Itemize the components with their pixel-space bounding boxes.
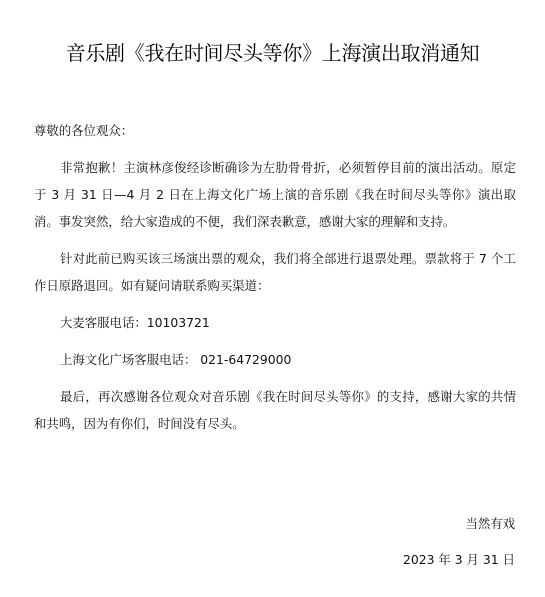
- salutation: 尊敬的各位观众：: [34, 117, 516, 144]
- contact-shanghai-culture-square-phone: 上海文化广场客服电话： 021-64729000: [60, 346, 516, 373]
- contact-damai-phone: 大麦客服电话：10103721: [60, 309, 516, 336]
- signature-date: 2023 年 3 月 31 日: [403, 550, 515, 570]
- signature: 当然有戏: [465, 514, 515, 534]
- paragraph-apology: 非常抱歉！主演林彦俊经诊断确诊为左肋骨骨折，必须暂停目前的演出活动。原定于 3 …: [34, 154, 516, 235]
- paragraph-closing: 最后，再次感谢各位观众对音乐剧《我在时间尽头等你》的支持，感谢大家的共情和共鸣，…: [34, 383, 516, 437]
- paragraph-refund: 针对此前已购买该三场演出票的观众，我们将全部进行退票处理。票款将于 7 个工作日…: [34, 245, 516, 299]
- document-title: 音乐剧《我在时间尽头等你》上海演出取消通知: [0, 38, 545, 68]
- document-body: 尊敬的各位观众： 非常抱歉！主演林彦俊经诊断确诊为左肋骨骨折，必须暂停目前的演出…: [34, 117, 516, 447]
